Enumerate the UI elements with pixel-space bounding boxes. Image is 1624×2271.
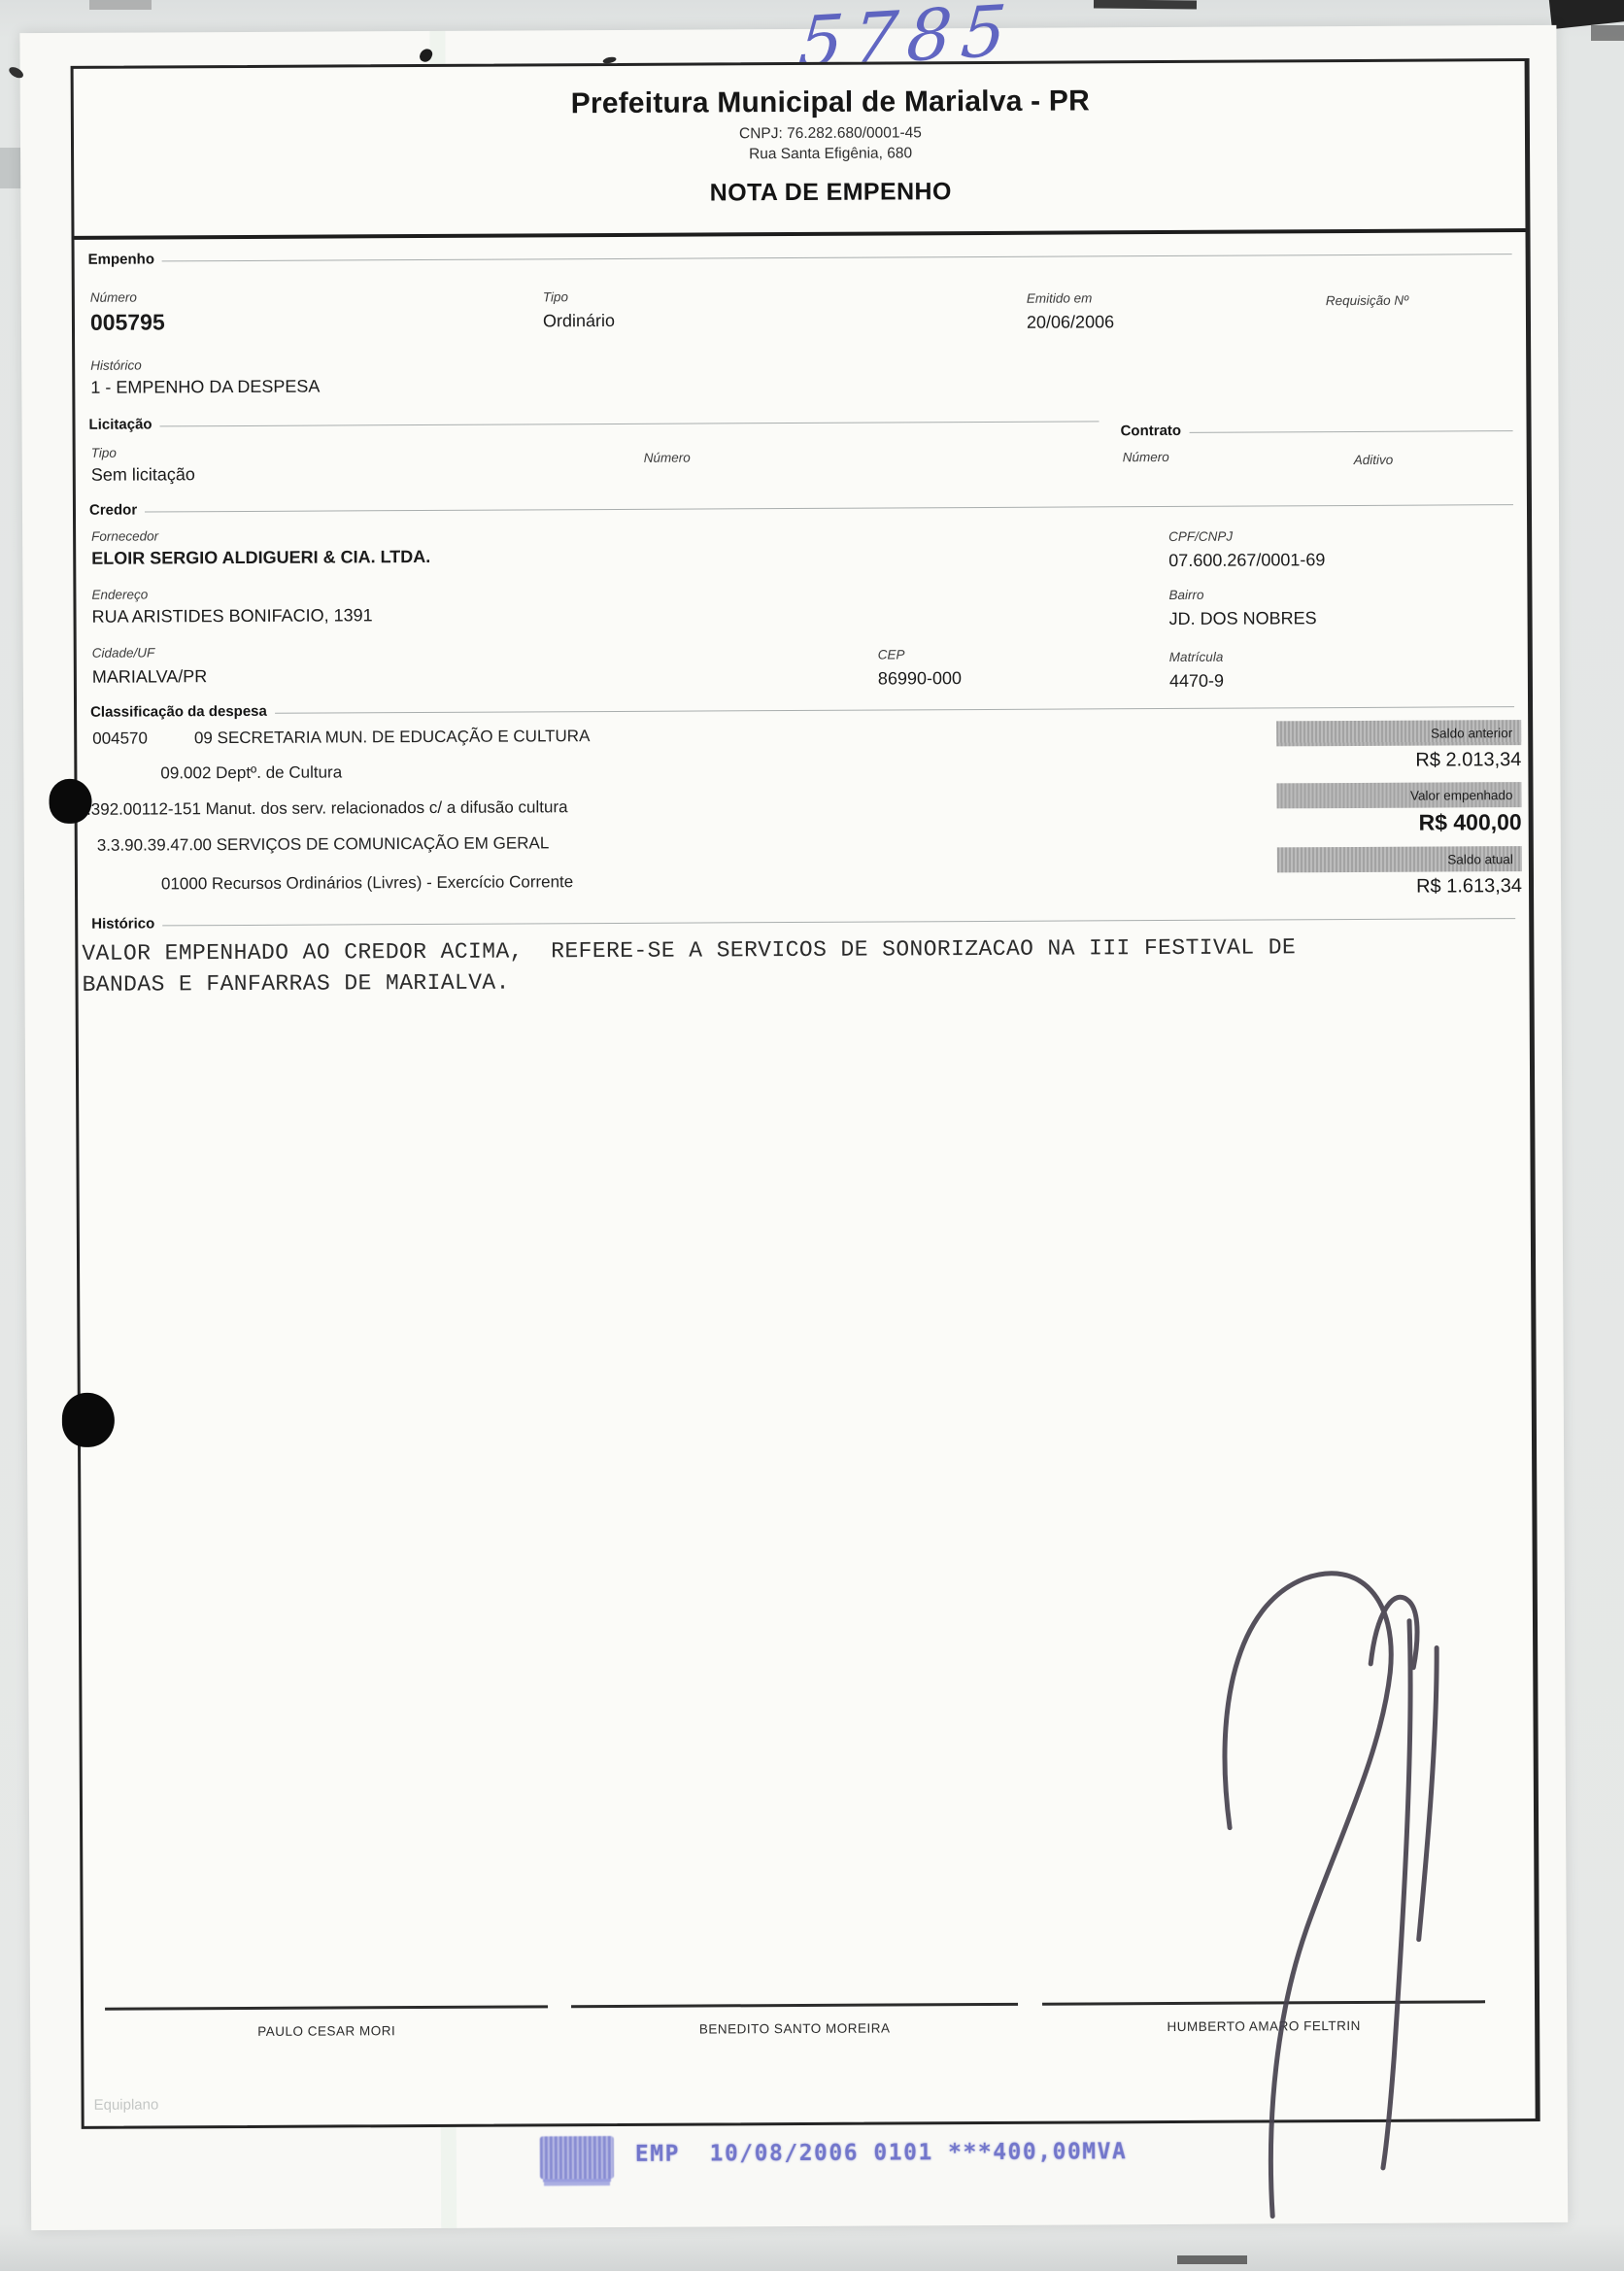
credor-matricula-value: 4470-9 <box>1169 671 1224 692</box>
credor-matricula-label: Matrícula <box>1169 650 1224 664</box>
document-title: NOTA DE EMPENHO <box>136 175 1525 210</box>
credor-fornecedor-label: Fornecedor <box>91 528 158 543</box>
section-rule <box>145 504 1513 512</box>
section-empenho-label: Empenho <box>88 251 154 267</box>
saldo-atual-value: R$ 1.613,34 <box>1180 875 1522 899</box>
section-licitacao-label: Licitação <box>88 416 152 432</box>
credor-endereco-label: Endereço <box>91 587 148 601</box>
signature-line-1 <box>105 2005 548 2010</box>
empenho-tipo-label: Tipo <box>543 289 568 304</box>
empenho-historico-label: Histórico <box>90 358 142 373</box>
saldo-anterior-bar: Saldo anterior <box>1276 720 1521 746</box>
historico-body-line1: VALOR EMPENHADO AO CREDOR ACIMA, REFERE-… <box>82 934 1296 966</box>
signature-line-3 <box>1042 2000 1485 2005</box>
saldo-anterior-value: R$ 2.013,34 <box>1179 749 1521 773</box>
stamp-logo-mark <box>540 2136 614 2179</box>
empenho-historico-value: 1 - EMPENHO DA DESPESA <box>90 377 320 398</box>
saldo-atual-label: Saldo atual <box>1447 852 1513 866</box>
section-historico: Histórico <box>91 908 1515 932</box>
section-classificacao-label: Classificação da despesa <box>90 703 267 721</box>
credor-cep-value: 86990-000 <box>878 668 962 689</box>
section-rule <box>162 254 1512 261</box>
signature-name-3: HUMBERTO AMARO FELTRIN <box>1042 2017 1485 2034</box>
scanned-document-page: 5785 Prefeitura Municipal de Marialva - … <box>0 0 1624 2271</box>
credor-bairro-value: JD. DOS NOBRES <box>1169 608 1317 629</box>
section-contrato-label: Contrato <box>1121 423 1182 439</box>
empenho-numero-value: 005795 <box>90 309 165 335</box>
classification-row: 3.392.00112-151 Manut. dos serv. relacio… <box>78 797 568 820</box>
licitacao-tipo-label: Tipo <box>91 446 117 460</box>
licitacao-tipo-value: Sem licitação <box>91 464 195 486</box>
classification-desc: 09 SECRETARIA MUN. DE EDUCAÇÃO E CULTURA <box>194 727 591 748</box>
valor-empenhado-value: R$ 400,00 <box>1180 809 1522 837</box>
section-rule <box>1189 430 1513 433</box>
credor-endereco-value: RUA ARISTIDES BONIFACIO, 1391 <box>92 605 373 627</box>
stamp-text: EMP 10/08/2006 0101 ***400,00MVA <box>635 2139 1128 2167</box>
signature-line-2 <box>571 2003 1018 2008</box>
credor-bairro-label: Bairro <box>1168 588 1203 602</box>
document-frame: Prefeitura Municipal de Marialva - PR CN… <box>71 58 1540 2129</box>
empenho-requisicao-label: Requisição Nº <box>1326 293 1408 308</box>
system-watermark: Equiplano <box>94 2096 159 2113</box>
section-rule <box>160 421 1100 426</box>
credor-cpfcnpj-label: CPF/CNPJ <box>1168 529 1233 544</box>
section-empenho: Empenho <box>88 244 1512 268</box>
organization-address: Rua Santa Efigênia, 680 <box>136 142 1525 166</box>
classification-row: 00457009 SECRETARIA MUN. DE EDUCAÇÃO E C… <box>92 727 590 749</box>
scanned-sheet-wrapper: 5785 Prefeitura Municipal de Marialva - … <box>0 0 1624 2271</box>
section-rule <box>275 706 1514 714</box>
organization-name: Prefeitura Municipal de Marialva - PR <box>136 83 1525 122</box>
empenho-tipo-value: Ordinário <box>543 311 615 331</box>
classification-code: 004570 <box>92 729 148 748</box>
document-header: Prefeitura Municipal de Marialva - PR CN… <box>74 61 1526 240</box>
hole-punch-mark <box>49 779 91 824</box>
licitacao-numero-label: Número <box>644 451 691 465</box>
section-credor-label: Credor <box>89 502 137 519</box>
section-historico-label: Histórico <box>91 915 154 932</box>
empenho-emitido-label: Emitido em <box>1027 290 1093 305</box>
credor-cidade-label: Cidade/UF <box>92 645 155 660</box>
classification-row: 3.3.90.39.47.00 SERVIÇOS DE COMUNICAÇÃO … <box>97 833 550 855</box>
section-rule <box>162 918 1515 926</box>
signature-name-2: BENEDITO SANTO MOREIRA <box>571 2020 1018 2037</box>
credor-cpfcnpj-value: 07.600.267/0001-69 <box>1168 550 1325 571</box>
contrato-aditivo-label: Aditivo <box>1354 453 1394 467</box>
credor-cep-label: CEP <box>878 647 905 661</box>
classification-row: 09.002 Deptº. de Cultura <box>160 763 342 783</box>
section-credor: Credor <box>89 494 1513 519</box>
hole-punch-mark <box>62 1393 115 1447</box>
valor-empenhado-label: Valor empenhado <box>1410 788 1513 803</box>
valor-empenhado-bar: Valor empenhado <box>1276 782 1521 808</box>
historico-body-line2: BANDAS E FANFARRAS DE MARIALVA. <box>82 970 509 998</box>
contrato-numero-label: Número <box>1123 450 1169 464</box>
classification-row: 01000 Recursos Ordinários (Livres) - Exe… <box>161 872 573 894</box>
saldo-atual-bar: Saldo atual <box>1277 846 1522 872</box>
empenho-numero-label: Número <box>90 290 137 305</box>
section-licitacao: Licitação <box>88 411 1099 432</box>
signature-name-1: PAULO CESAR MORI <box>105 2022 548 2039</box>
credor-fornecedor-value: ELOIR SERGIO ALDIGUERI & CIA. LTDA. <box>91 547 430 569</box>
credor-cidade-value: MARIALVA/PR <box>92 666 207 688</box>
section-classificacao: Classificação da despesa <box>90 696 1514 721</box>
section-contrato: Contrato <box>1121 421 1513 439</box>
saldo-anterior-label: Saldo anterior <box>1431 726 1512 740</box>
empenho-emitido-value: 20/06/2006 <box>1027 312 1114 332</box>
